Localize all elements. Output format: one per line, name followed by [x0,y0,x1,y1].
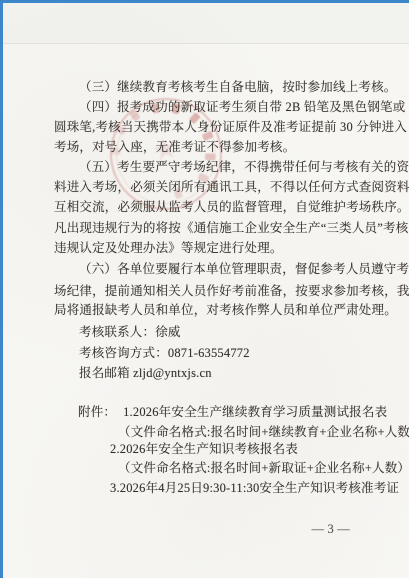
attachment-label: 附件： [78,405,116,419]
body-line: 场纪律，提前通知相关人员作好考前准备，按要求参加考核，我 [54,284,409,299]
body-line: （四）报考成功的新取证考生须自带 2B 铅笔及黑色钢笔或 [54,100,405,115]
scan-shade-band [0,0,409,44]
body-line: 局将通报缺考人员和单位，对考核作弊人员和单位严肃处理。 [54,303,397,318]
contact-phone-line: 考核咨询方式：0871-63554772 [54,346,250,361]
attachment-note-line: （文件命名格式:报名时间+新取证+企业名称+人数） [118,461,409,476]
window-frame-top-edge [0,0,409,3]
attachment-item-2: 2.2026年安全生产知识考核报名表 [110,442,298,457]
scanned-document-page: { "colors": { "frame": "#3d86ca", "page_… [0,0,409,578]
body-line: 料进入考场，必须关闭所有通讯工具，不得以任何方式查阅资料、 [54,180,409,195]
body-line: 考场，对号入座，无准考证不得参加考核。 [54,140,295,155]
body-line: 互相交流，必须服从监考人员的监督管理，自觉维护考场秩序。 [54,200,409,215]
body-line: 凡出现违规行为的将按《通信施工企业安全生产“三类人员”考核 [54,221,408,236]
body-line: 违规认定及处理办法》等规定进行处理。 [54,241,283,256]
attachment-line: 附件：1.2026年安全生产继续教育学习质量测试报名表 [78,405,387,420]
body-line: 圆珠笔,考核当天携带本人身份证原件及准考证提前 30 分钟进入 [54,120,407,135]
contact-person-line: 考核联系人：徐威 [54,325,181,340]
body-line: （六）各单位要履行本单位管理职责，督促参考人员遵守考 [54,262,409,277]
page-number: — 3 — [312,522,351,537]
attachment-item-1: 1.2026年安全生产继续教育学习质量测试报名表 [123,405,387,419]
attachment-note-line: （文件命名格式:报名时间+继续教育+企业名称+人数） [118,425,409,440]
body-line: （三）继续教育考核考生自备电脑，按时参加线上考核。 [54,80,397,95]
window-frame-left-edge [0,0,3,578]
contact-email-line: 报名邮箱 zljd@yntxjs.cn [54,366,212,381]
attachment-item-3: 3.2026年4月25日9:30-11:30安全生产知识考核准考证 [110,481,399,496]
body-line: （五）考生要严守考场纪律，不得携带任何与考核有关的资 [54,160,409,175]
